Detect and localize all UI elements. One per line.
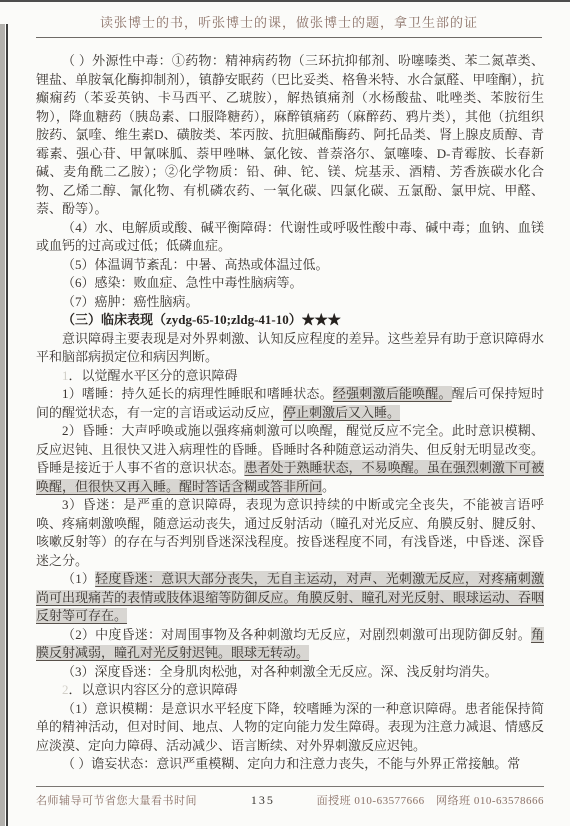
paragraph: （3）深度昏迷：全身肌肉松弛，对各种刺激全无反应。深、浅反射均消失。: [36, 663, 544, 682]
paragraph: （7）癌肿：癌性脑病。: [36, 293, 544, 312]
paragraph: （5）体温调节紊乱：中暑、高热或体温过低。: [36, 256, 544, 275]
text-run: （1）意识模糊：是意识水平轻度下降，较嗜睡为深的一种意识障碍。患者能保持简单的精…: [36, 701, 544, 753]
text-run: （3）深度昏迷：全身肌肉松弛，对各种刺激全无反应。深、浅反射均消失。: [62, 664, 498, 679]
scan-top-edge: [0, 0, 570, 2]
document-body: （ ）外源性中毒：①药物：精神病药物（三环抗抑郁剂、吩噻嗪类、苯二氮䓬类、锂盐、…: [36, 52, 544, 774]
paragraph: （4）水、电解质或酸、碱平衡障碍：代谢性或呼吸性酸中毒、碱中毒；血钠、血镁或血钙…: [36, 219, 544, 256]
highlighted-text: 经强刺激后能唤醒。: [333, 386, 452, 401]
text-run: （5）体温调节紊乱：中暑、高热或体温过低。: [62, 257, 329, 272]
highlighted-text: 停止刺激后又入睡。: [283, 405, 400, 420]
paragraph: （6）感染：败血症、急性中毒性脑病等。: [36, 274, 544, 293]
paragraph: 1）嗜睡：持久延长的病理性睡眠和嗜睡状态。经强刺激后能唤醒。醒后可保持短时间的醒…: [36, 385, 544, 422]
scan-binding-line: [6, 24, 8, 826]
paragraph: （2）中度昏迷：对周围事物及各种刺激均无反应，对剧烈刺激可出现防御反射。角膜反射…: [36, 626, 544, 663]
text-run: （三）临床表现（zydg-65-10;zldg-41-10）★★★: [62, 312, 341, 327]
paragraph: 意识障碍主要表现是对外界刺激、认知反应程度的差异。这些差异有助于意识障碍水平和脑…: [36, 330, 544, 367]
paragraph: 1．以觉醒水平区分的意识障碍: [36, 367, 544, 386]
text-run: 。: [322, 479, 335, 494]
footer-slogan: 名师辅导可节省您大量看书时间: [36, 792, 197, 808]
footer-rule: [36, 786, 544, 787]
footer-contacts: 面授班 010-63577666 网络班 010-63578666: [317, 792, 544, 808]
page-header: 读张博士的书，听张博士的课，做张博士的题，拿卫生部的证: [36, 12, 542, 38]
text-run: ．以觉醒水平区分的意识障碍: [69, 368, 238, 383]
paragraph: （ ）外源性中毒：①药物：精神病药物（三环抗抑郁剂、吩噻嗪类、苯二氮䓬类、锂盐、…: [36, 52, 544, 219]
text-run: 1）嗜睡：持久延长的病理性睡眠和嗜睡状态。: [62, 386, 333, 401]
text-run: 3）昏迷：是严重的意识障碍，表现为意识持续的中断或完全丧失，不能被言语呼唤、疼痛…: [36, 497, 544, 568]
highlighted-text: 轻度昏迷：意识大部分丧失，无自主运动，对声、光刺激无反应，对疼痛刺激尚可出现痛苦…: [36, 571, 544, 623]
paragraph: （ ）谵妄状态：意识严重模糊、定向力和注意力丧失，不能与外界正常接触。常: [36, 755, 544, 774]
paragraph: 3）昏迷：是严重的意识障碍，表现为意识持续的中断或完全丧失，不能被言语呼唤、疼痛…: [36, 496, 544, 570]
paragraph: （1）轻度昏迷：意识大部分丧失，无自主运动，对声、光刺激无反应，对疼痛刺激尚可出…: [36, 570, 544, 626]
text-run: （7）癌肿：癌性脑病。: [62, 294, 199, 309]
paragraph: 2）昏睡：大声呼唤或施以强疼痛刺激可以唤醒，醒觉反应不完全。此时意识模糊、反应迟…: [36, 422, 544, 496]
page-footer: 名师辅导可节省您大量看书时间 135 面授班 010-63577666 网络班 …: [36, 786, 544, 808]
header-slogan: 读张博士的书，听张博士的课，做张博士的题，拿卫生部的证: [36, 12, 542, 31]
paragraph: （1）意识模糊：是意识水平轻度下降，较嗜睡为深的一种意识障碍。患者能保持简单的精…: [36, 700, 544, 756]
text-run: （1）: [62, 571, 95, 586]
text-run: （2）中度昏迷：对周围事物及各种刺激均无反应，对剧烈刺激可出现防御反射。: [62, 627, 531, 642]
text-run: （ ）谵妄状态：意识严重模糊、定向力和注意力丧失，不能与外界正常接触。常: [62, 756, 520, 771]
scanned-book-page: 读张博士的书，听张博士的课，做张博士的题，拿卫生部的证 （ ）外源性中毒：①药物…: [0, 0, 570, 826]
header-rule: [36, 37, 542, 38]
text-run: ．以意识内容区分的意识障碍: [69, 682, 238, 697]
text-run: （6）感染：败血症、急性中毒性脑病等。: [62, 275, 303, 290]
paragraph: （三）临床表现（zydg-65-10;zldg-41-10）★★★: [36, 311, 544, 330]
text-run: （ ）外源性中毒：①药物：精神病药物（三环抗抑郁剂、吩噻嗪类、苯二氮䓬类、锂盐、…: [36, 53, 544, 216]
scan-binding-shadow: [0, 24, 5, 826]
page-number: 135: [251, 793, 275, 808]
text-run: 意识障碍主要表现是对外界刺激、认知反应程度的差异。这些差异有助于意识障碍水平和脑…: [36, 331, 544, 365]
paragraph: 2．以意识内容区分的意识障碍: [36, 681, 544, 700]
text-run: （4）水、电解质或酸、碱平衡障碍：代谢性或呼吸性酸中毒、碱中毒；血钠、血镁或血钙…: [36, 220, 544, 254]
